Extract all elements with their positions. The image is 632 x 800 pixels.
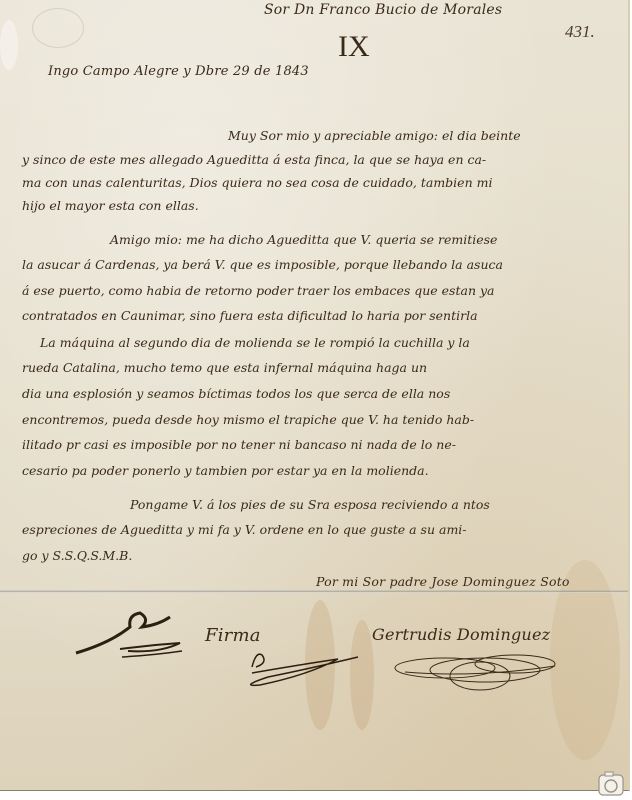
edge-wear: [0, 20, 18, 70]
body-line: La máquina al segundo dia de molienda se…: [40, 335, 470, 350]
body-line: Amigo mio: me ha dicho Agueditta que V. …: [110, 232, 497, 247]
body-line: go y S.S.Q.S.M.B.: [22, 548, 132, 563]
body-line: ma con unas calenturitas, Dios quiera no…: [22, 175, 492, 190]
body-line: á ese puerto, como habia de retorno pode…: [22, 283, 494, 298]
left-signature-mark: [70, 605, 200, 665]
roman-numeral: IX: [338, 30, 370, 64]
body-line: hijo el mayor esta con ellas.: [22, 198, 199, 213]
body-line: encontremos, pueda desde hoy mismo el tr…: [22, 412, 474, 427]
embossed-seal: [32, 8, 84, 48]
body-line: espreciones de Agueditta y mi fa y V. or…: [22, 522, 467, 537]
ebay-camera-watermark-icon: [597, 770, 627, 798]
dateline: Ingo Campo Alegre y Dbre 29 de 1843: [48, 64, 309, 79]
firma-label: Firma: [205, 625, 261, 646]
addressee: Sor Dn Franco Bucio de Morales: [264, 2, 502, 18]
body-line: y sinco de este mes allegado Agueditta á…: [22, 152, 486, 167]
body-line: dia una esplosión y seamos bíctimas todo…: [22, 386, 450, 401]
closing-line: Por mi Sor padre Jose Dominguez Soto: [316, 574, 570, 589]
body-line: la asucar á Cardenas, ya berá V. que es …: [22, 257, 503, 272]
right-signature: Gertrudis Dominguez: [372, 625, 550, 644]
letter-paper: Sor Dn Franco Bucio de Morales IX 431. I…: [0, 0, 630, 791]
body-line: ilitado pr casi es imposible por no tene…: [22, 437, 456, 452]
body-line: cesario pa poder ponerlo y tambien por e…: [22, 463, 429, 478]
body-line: Muy Sor mio y apreciable amigo: el dia b…: [228, 128, 521, 143]
body-line: rueda Catalina, mucho temo que esta infe…: [22, 360, 427, 375]
paper-fold: [0, 590, 628, 593]
signature-flourish: [385, 648, 575, 708]
firma-flourish: [238, 645, 368, 695]
body-line: Pongame V. á los pies de su Sra esposa r…: [130, 497, 490, 512]
body-line: contratados en Caunimar, sino fuera esta…: [22, 308, 478, 323]
page-number: 431.: [565, 22, 595, 42]
